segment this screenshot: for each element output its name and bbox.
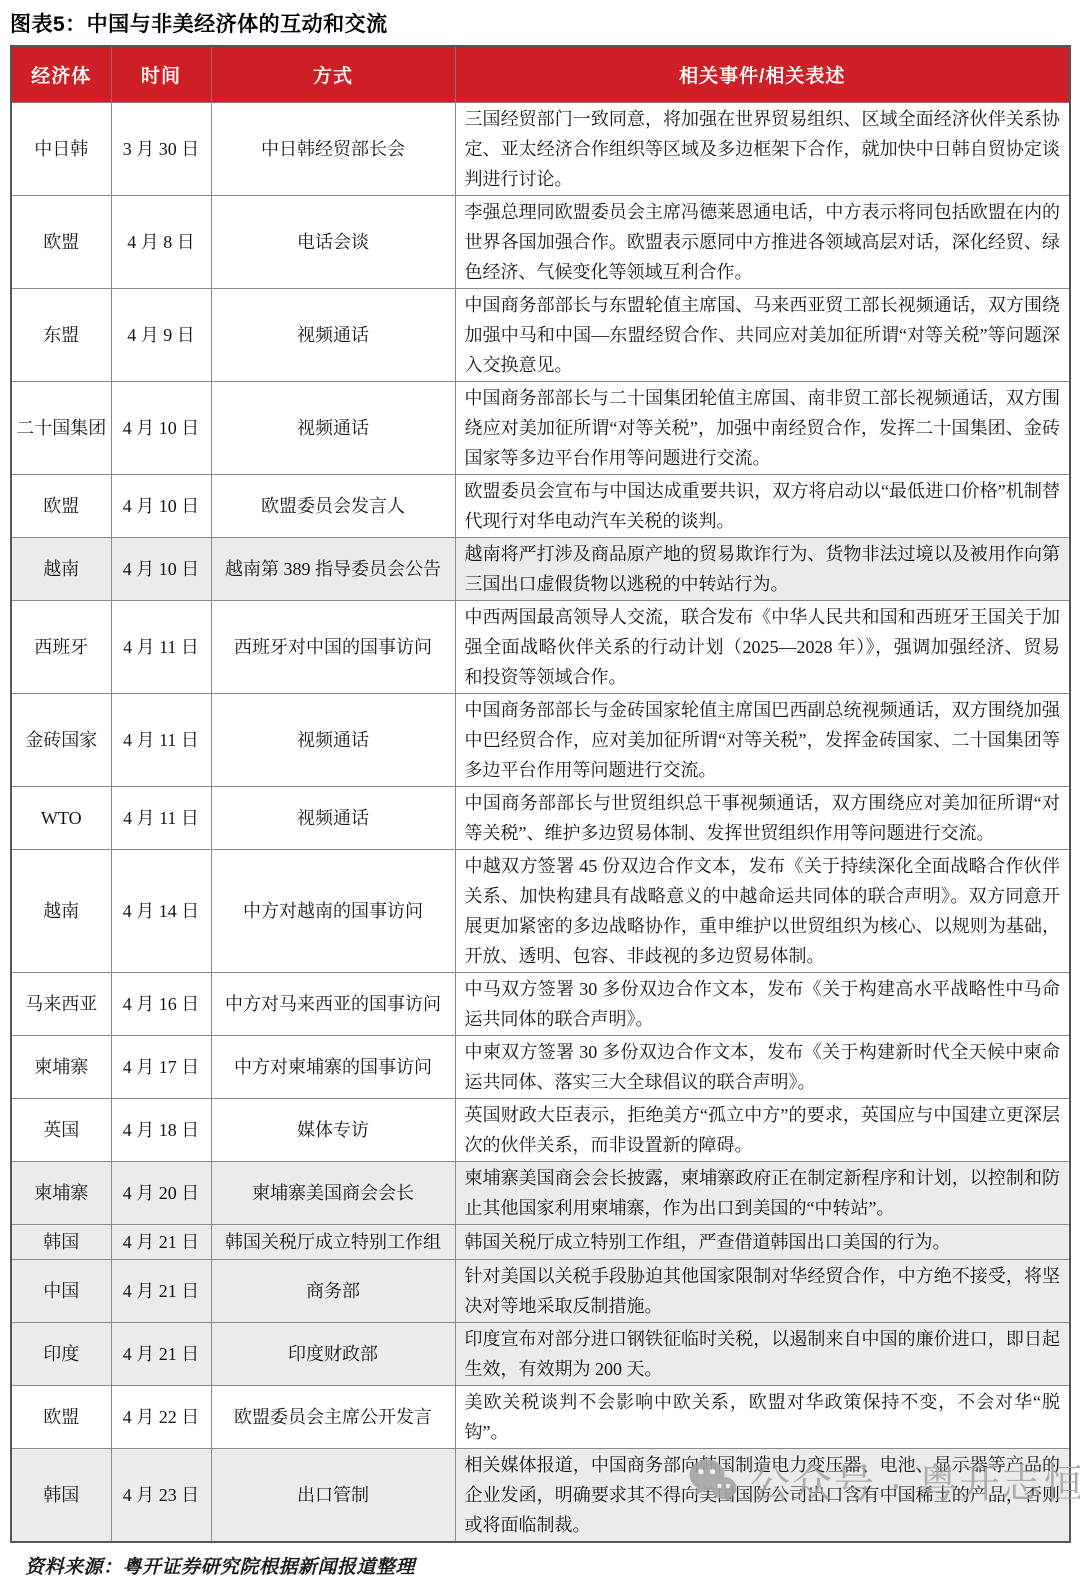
cell-economy: 欧盟 bbox=[11, 196, 111, 289]
cell-method: 印度财政部 bbox=[211, 1323, 455, 1386]
cell-event: 中柬双方签署 30 多份双边合作文本，发布《关于构建新时代全天候中柬命运共同体、… bbox=[455, 1036, 1070, 1099]
cell-method: 视频通话 bbox=[211, 787, 455, 850]
cell-method: 柬埔寨美国商会会长 bbox=[211, 1162, 455, 1225]
cell-method: 中方对柬埔寨的国事访问 bbox=[211, 1036, 455, 1099]
cell-event: 柬埔寨美国商会会长披露，柬埔寨政府正在制定新程序和计划，以控制和防止其他国家利用… bbox=[455, 1162, 1070, 1225]
cell-economy: 西班牙 bbox=[11, 601, 111, 694]
cell-event: 中国商务部部长与二十国集团轮值主席国、南非贸工部长视频通话，双方围绕应对美加征所… bbox=[455, 382, 1070, 475]
table-header-row: 经济体 时间 方式 相关事件/相关表述 bbox=[11, 46, 1070, 103]
table-row: 韩国 4 月 21 日 韩国关税厅成立特别工作组 韩国关税厅成立特别工作组，严查… bbox=[11, 1225, 1070, 1260]
cell-method: 欧盟委员会发言人 bbox=[211, 475, 455, 538]
cell-economy: 越南 bbox=[11, 850, 111, 973]
table-row: 韩国 4 月 23 日 出口管制 相关媒体报道，中国商务部向韩国制造电力变压器、… bbox=[11, 1449, 1070, 1543]
column-header-date: 时间 bbox=[111, 46, 211, 103]
cell-event: 三国经贸部门一致同意，将加强在世界贸易组织、区域全面经济伙伴关系协定、亚太经济合… bbox=[455, 103, 1070, 196]
cell-method: 中方对越南的国事访问 bbox=[211, 850, 455, 973]
cell-method: 越南第 389 指导委员会公告 bbox=[211, 538, 455, 601]
cell-date: 4 月 23 日 bbox=[111, 1449, 211, 1543]
cell-event: 韩国关税厅成立特别工作组，严查借道韩国出口美国的行为。 bbox=[455, 1225, 1070, 1260]
cell-event: 印度宣布对部分进口钢铁征临时关税，以遏制来自中国的廉价进口，即日起生效，有效期为… bbox=[455, 1323, 1070, 1386]
cell-economy: 越南 bbox=[11, 538, 111, 601]
cell-economy: 东盟 bbox=[11, 289, 111, 382]
cell-economy: 马来西亚 bbox=[11, 973, 111, 1036]
cell-event: 中越双方签署 45 份双边合作文本，发布《关于持续深化全面战略合作伙伴关系、加快… bbox=[455, 850, 1070, 973]
cell-date: 4 月 22 日 bbox=[111, 1386, 211, 1449]
cell-economy: 柬埔寨 bbox=[11, 1162, 111, 1225]
source-note: 资料来源：粤开证券研究院根据新闻报道整理 bbox=[25, 1552, 1080, 1579]
cell-event: 相关媒体报道，中国商务部向韩国制造电力变压器、电池、显示器等产品的企业发函，明确… bbox=[455, 1449, 1070, 1543]
cell-date: 3 月 30 日 bbox=[111, 103, 211, 196]
cell-economy: WTO bbox=[11, 787, 111, 850]
table-row: 二十国集团 4 月 10 日 视频通话 中国商务部部长与二十国集团轮值主席国、南… bbox=[11, 382, 1070, 475]
cell-economy: 柬埔寨 bbox=[11, 1036, 111, 1099]
cell-date: 4 月 14 日 bbox=[111, 850, 211, 973]
table-row: 马来西亚 4 月 16 日 中方对马来西亚的国事访问 中马双方签署 30 多份双… bbox=[11, 973, 1070, 1036]
cell-method: 西班牙对中国的国事访问 bbox=[211, 601, 455, 694]
cell-economy: 中日韩 bbox=[11, 103, 111, 196]
report-figure-page: 图表5：中国与非美经济体的互动和交流 经济体 时间 方式 相关事件/相关表述 中… bbox=[0, 0, 1080, 1579]
column-header-economy: 经济体 bbox=[11, 46, 111, 103]
cell-economy: 中国 bbox=[11, 1260, 111, 1323]
cell-event: 美欧关税谈判不会影响中欧关系，欧盟对华政策保持不变，不会对华“脱钩”。 bbox=[455, 1386, 1070, 1449]
cell-method: 韩国关税厅成立特别工作组 bbox=[211, 1225, 455, 1260]
cell-date: 4 月 11 日 bbox=[111, 787, 211, 850]
cell-date: 4 月 10 日 bbox=[111, 538, 211, 601]
cell-event: 李强总理同欧盟委员会主席冯德莱恩通电话，中方表示将同包括欧盟在内的世界各国加强合… bbox=[455, 196, 1070, 289]
cell-economy: 欧盟 bbox=[11, 475, 111, 538]
table-row: 印度 4 月 21 日 印度财政部 印度宣布对部分进口钢铁征临时关税，以遏制来自… bbox=[11, 1323, 1070, 1386]
page-title: 图表5：中国与非美经济体的互动和交流 bbox=[10, 8, 1080, 38]
cell-date: 4 月 21 日 bbox=[111, 1225, 211, 1260]
table-row: 越南 4 月 14 日 中方对越南的国事访问 中越双方签署 45 份双边合作文本… bbox=[11, 850, 1070, 973]
cell-date: 4 月 11 日 bbox=[111, 601, 211, 694]
cell-method: 中日韩经贸部长会 bbox=[211, 103, 455, 196]
cell-method: 欧盟委员会主席公开发言 bbox=[211, 1386, 455, 1449]
table-row: WTO 4 月 11 日 视频通话 中国商务部部长与世贸组织总干事视频通话，双方… bbox=[11, 787, 1070, 850]
cell-event: 欧盟委员会宣布与中国达成重要共识，双方将启动以“最低进口价格”机制替代现行对华电… bbox=[455, 475, 1070, 538]
cell-event: 中西两国最高领导人交流，联合发布《中华人民共和国和西班牙王国关于加强全面战略伙伴… bbox=[455, 601, 1070, 694]
cell-method: 电话会谈 bbox=[211, 196, 455, 289]
cell-event: 中马双方签署 30 多份双边合作文本，发布《关于构建高水平战略性中马命运共同体的… bbox=[455, 973, 1070, 1036]
cell-economy: 欧盟 bbox=[11, 1386, 111, 1449]
cell-date: 4 月 21 日 bbox=[111, 1323, 211, 1386]
table-row: 西班牙 4 月 11 日 西班牙对中国的国事访问 中西两国最高领导人交流，联合发… bbox=[11, 601, 1070, 694]
table-row: 东盟 4 月 9 日 视频通话 中国商务部部长与东盟轮值主席国、马来西亚贸工部长… bbox=[11, 289, 1070, 382]
cell-method: 媒体专访 bbox=[211, 1099, 455, 1162]
cell-event: 中国商务部部长与金砖国家轮值主席国巴西副总统视频通话，双方围绕加强中巴经贸合作，… bbox=[455, 694, 1070, 787]
cell-date: 4 月 10 日 bbox=[111, 475, 211, 538]
cell-date: 4 月 17 日 bbox=[111, 1036, 211, 1099]
column-header-event: 相关事件/相关表述 bbox=[455, 46, 1070, 103]
table-row: 越南 4 月 10 日 越南第 389 指导委员会公告 越南将严打涉及商品原产地… bbox=[11, 538, 1070, 601]
cell-method: 商务部 bbox=[211, 1260, 455, 1323]
cell-date: 4 月 21 日 bbox=[111, 1260, 211, 1323]
cell-date: 4 月 8 日 bbox=[111, 196, 211, 289]
cell-event: 针对美国以关税手段胁迫其他国家限制对华经贸合作，中方绝不接受，将坚决对等地采取反… bbox=[455, 1260, 1070, 1323]
table-row: 柬埔寨 4 月 17 日 中方对柬埔寨的国事访问 中柬双方签署 30 多份双边合… bbox=[11, 1036, 1070, 1099]
cell-economy: 二十国集团 bbox=[11, 382, 111, 475]
table-row: 欧盟 4 月 8 日 电话会谈 李强总理同欧盟委员会主席冯德莱恩通电话，中方表示… bbox=[11, 196, 1070, 289]
cell-economy: 印度 bbox=[11, 1323, 111, 1386]
cell-event: 中国商务部部长与世贸组织总干事视频通话，双方围绕应对美加征所谓“对等关税”、维护… bbox=[455, 787, 1070, 850]
table-row: 金砖国家 4 月 11 日 视频通话 中国商务部部长与金砖国家轮值主席国巴西副总… bbox=[11, 694, 1070, 787]
cell-date: 4 月 18 日 bbox=[111, 1099, 211, 1162]
interactions-table: 经济体 时间 方式 相关事件/相关表述 中日韩 3 月 30 日 中日韩经贸部长… bbox=[10, 45, 1071, 1543]
cell-economy: 韩国 bbox=[11, 1225, 111, 1260]
cell-date: 4 月 16 日 bbox=[111, 973, 211, 1036]
cell-method: 中方对马来西亚的国事访问 bbox=[211, 973, 455, 1036]
cell-method: 视频通话 bbox=[211, 694, 455, 787]
table-row: 英国 4 月 18 日 媒体专访 英国财政大臣表示，拒绝美方“孤立中方”的要求，… bbox=[11, 1099, 1070, 1162]
cell-date: 4 月 10 日 bbox=[111, 382, 211, 475]
cell-date: 4 月 20 日 bbox=[111, 1162, 211, 1225]
cell-event: 英国财政大臣表示，拒绝美方“孤立中方”的要求，英国应与中国建立更深层次的伙伴关系… bbox=[455, 1099, 1070, 1162]
table-row: 欧盟 4 月 22 日 欧盟委员会主席公开发言 美欧关税谈判不会影响中欧关系，欧… bbox=[11, 1386, 1070, 1449]
cell-method: 出口管制 bbox=[211, 1449, 455, 1543]
cell-method: 视频通话 bbox=[211, 289, 455, 382]
cell-date: 4 月 11 日 bbox=[111, 694, 211, 787]
cell-economy: 韩国 bbox=[11, 1449, 111, 1543]
cell-method: 视频通话 bbox=[211, 382, 455, 475]
table-row: 中国 4 月 21 日 商务部 针对美国以关税手段胁迫其他国家限制对华经贸合作，… bbox=[11, 1260, 1070, 1323]
table-row: 中日韩 3 月 30 日 中日韩经贸部长会 三国经贸部门一致同意，将加强在世界贸… bbox=[11, 103, 1070, 196]
cell-event: 越南将严打涉及商品原产地的贸易欺诈行为、货物非法过境以及被用作向第三国出口虚假货… bbox=[455, 538, 1070, 601]
cell-economy: 英国 bbox=[11, 1099, 111, 1162]
table-row: 欧盟 4 月 10 日 欧盟委员会发言人 欧盟委员会宣布与中国达成重要共识，双方… bbox=[11, 475, 1070, 538]
cell-event: 中国商务部部长与东盟轮值主席国、马来西亚贸工部长视频通话，双方围绕加强中马和中国… bbox=[455, 289, 1070, 382]
cell-date: 4 月 9 日 bbox=[111, 289, 211, 382]
cell-economy: 金砖国家 bbox=[11, 694, 111, 787]
column-header-method: 方式 bbox=[211, 46, 455, 103]
table-row: 柬埔寨 4 月 20 日 柬埔寨美国商会会长 柬埔寨美国商会会长披露，柬埔寨政府… bbox=[11, 1162, 1070, 1225]
